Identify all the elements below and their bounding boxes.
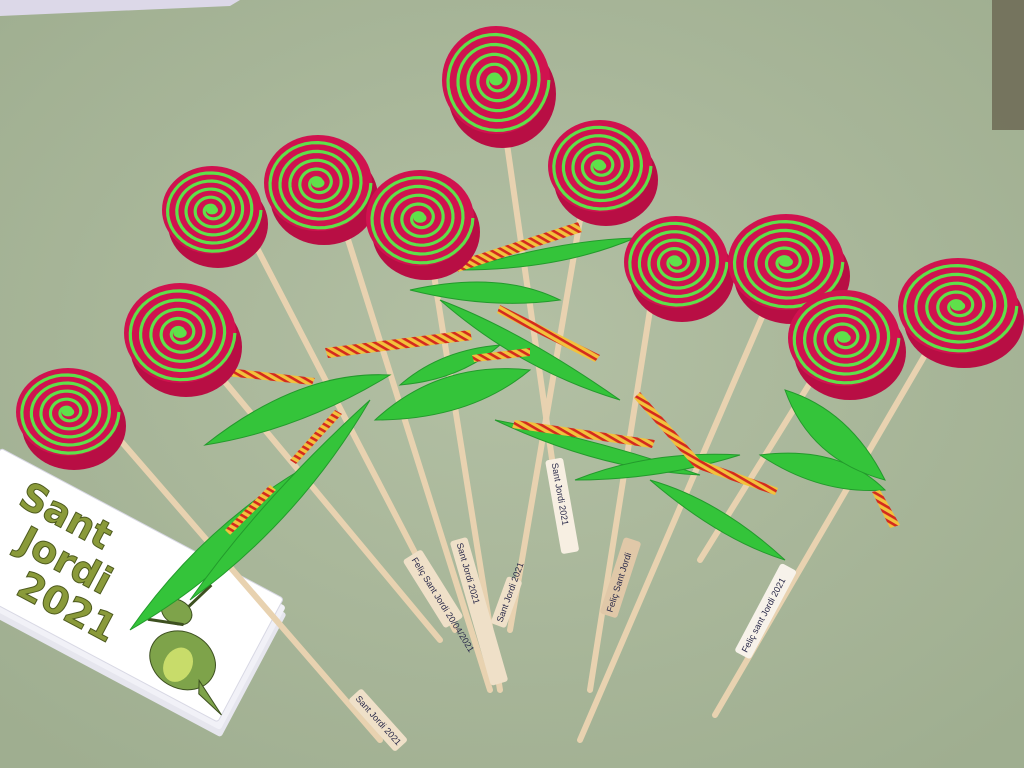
photo-scene: Sant Jordi 2021 Sant Jordi 2021 — [0, 0, 1024, 768]
table-edge-shadow — [992, 0, 1024, 130]
